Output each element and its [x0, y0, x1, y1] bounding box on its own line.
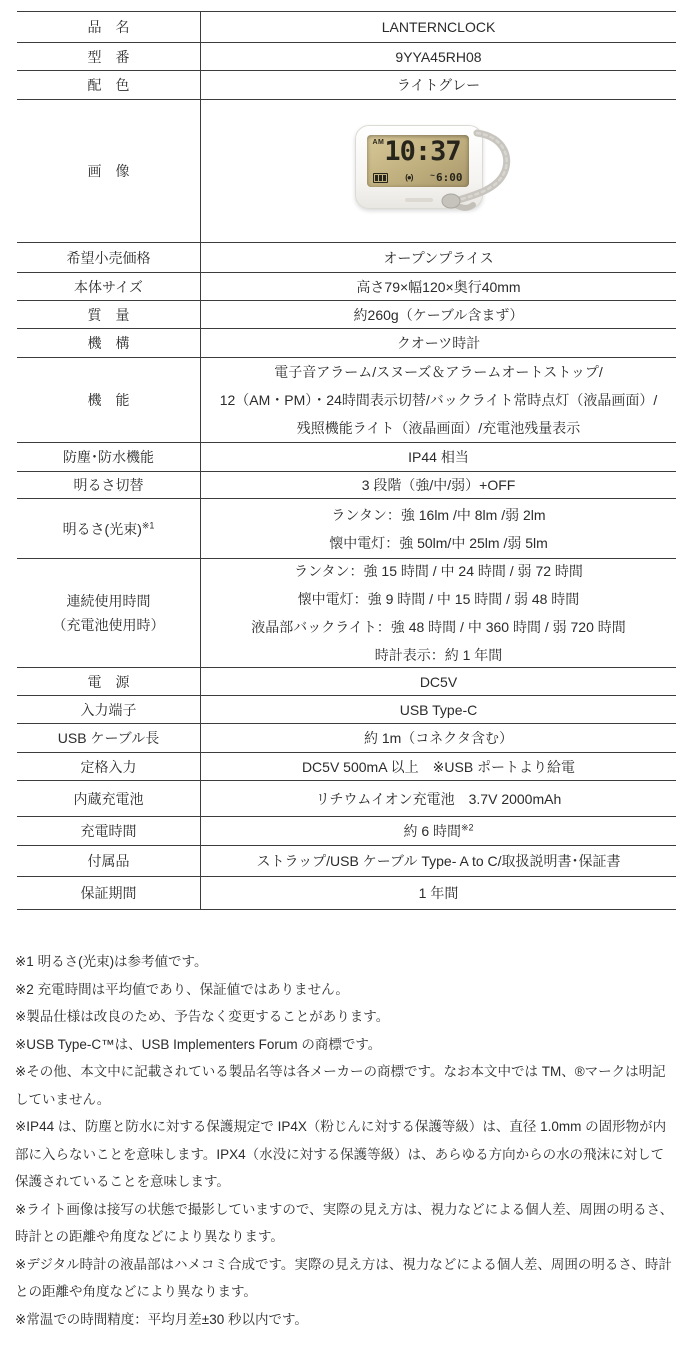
spec-table: 品 名LANTERNCLOCK型 番9YYA45RH08配 色ライトグレー画 像…: [17, 11, 676, 910]
spec-label-brightness-switch: 明るさ切替: [17, 472, 201, 498]
spec-label-dust-water-proof: 防塵･防水機能: [17, 443, 201, 471]
spec-label-body-size: 本体サイズ: [17, 273, 201, 300]
brand-logo: [405, 198, 433, 202]
battery-icon: [373, 173, 388, 183]
spec-label-warranty: 保証期間: [17, 877, 201, 909]
alarm-time: ~6:00: [430, 171, 462, 184]
spec-label-usb-cable-length: USB ケーブル長: [17, 724, 201, 752]
spec-label-mechanism: 機 構: [17, 329, 201, 357]
spec-value-weight: 約260g（ケーブル含まず）: [201, 301, 676, 328]
spec-row-warranty: 保証期間1 年間: [17, 877, 676, 910]
spec-value-color: ライトグレー: [201, 71, 676, 99]
spec-value-input-port: USB Type-C: [201, 696, 676, 723]
spec-row-dust-water-proof: 防塵･防水機能IP44 相当: [17, 443, 676, 472]
spec-row-weight: 質 量約260g（ケーブル含まず）: [17, 301, 676, 329]
footnote-2: ※2 充電時間は平均値であり、保証値ではありません。: [15, 976, 677, 1004]
spec-sheet: 品 名LANTERNCLOCK型 番9YYA45RH08配 色ライトグレー画 像…: [0, 0, 690, 1350]
spec-row-functions: 機 能電子音アラーム/スヌーズ＆アラームオートストップ/12（AM・PM）・24…: [17, 358, 676, 443]
spec-label-image: 画 像: [17, 100, 201, 242]
spec-row-model-number: 型 番9YYA45RH08: [17, 43, 676, 71]
spec-row-input-port: 入力端子USB Type-C: [17, 696, 676, 724]
footnotes: ※1 明るさ(光束)は参考値です。※2 充電時間は平均値であり、保証値ではありま…: [15, 948, 677, 1333]
spec-value-continuous-use-time: ランタン：強 15 時間 / 中 24 時間 / 弱 72 時間懐中電灯：強 9…: [201, 559, 676, 667]
spec-label-retail-price: 希望小売価格: [17, 243, 201, 272]
spec-row-usb-cable-length: USB ケーブル長約 1m（コネクタ含む）: [17, 724, 676, 753]
spec-row-continuous-use-time: 連続使用時間（充電池使用時）ランタン：強 15 時間 / 中 24 時間 / 弱…: [17, 559, 676, 668]
spec-row-product-name: 品 名LANTERNCLOCK: [17, 12, 676, 43]
spec-label-weight: 質 量: [17, 301, 201, 328]
spec-label-accessories: 付属品: [17, 846, 201, 876]
spec-label-brightness-lumen: 明るさ(光束)※1: [17, 499, 201, 558]
spec-label-input-port: 入力端子: [17, 696, 201, 723]
spec-label-model-number: 型 番: [17, 43, 201, 70]
alarm-icon: (●): [405, 173, 412, 182]
spec-label-built-in-battery: 内蔵充電池: [17, 781, 201, 816]
spec-value-rated-input: DC5V 500mA 以上 ※USB ポートより給電: [201, 753, 676, 780]
spec-value-brightness-switch: 3 段階（強/中/弱）+OFF: [201, 472, 676, 498]
spec-row-charge-time: 充電時間約 6 時間※2: [17, 817, 676, 846]
spec-label-continuous-use-time: 連続使用時間（充電池使用時）: [17, 559, 201, 667]
spec-row-accessories: 付属品ストラップ/USB ケーブル Type- A to C/取扱説明書･保証書: [17, 846, 676, 877]
lcd-status-row: (●) ~6:00: [373, 171, 463, 184]
spec-label-functions: 機 能: [17, 358, 201, 442]
footnote-7: ※ライト画像は接写の状態で撮影していますので、実際の見え方は、視力などによる個人…: [15, 1196, 677, 1251]
spec-label-product-name: 品 名: [17, 12, 201, 42]
spec-value-product-name: LANTERNCLOCK: [201, 12, 676, 42]
spec-value-functions: 電子音アラーム/スヌーズ＆アラームオートストップ/12（AM・PM）・24時間表…: [201, 358, 676, 442]
spec-value-usb-cable-length: 約 1m（コネクタ含む）: [201, 724, 676, 752]
spec-row-image: 画 像 AM 10:37 (●) ~6:00: [17, 100, 676, 243]
product-photo: AM 10:37 (●) ~6:00: [353, 117, 513, 225]
alarm-time-value: 6:00: [436, 171, 463, 184]
spec-row-brightness-switch: 明るさ切替3 段階（強/中/弱）+OFF: [17, 472, 676, 499]
footnote-5: ※その他、本文中に記載されている製品名等は各メーカーの商標です。なお本文中では …: [15, 1058, 677, 1113]
spec-row-power: 電 源DC5V: [17, 668, 676, 696]
spec-value-brightness-lumen: ランタン：強 16lm /中 8lm /弱 2lm懐中電灯：強 50lm/中 2…: [201, 499, 676, 558]
spec-label-color: 配 色: [17, 71, 201, 99]
footnote-9: ※常温での時間精度：平均月差±30 秒以内です。: [15, 1306, 677, 1334]
spec-value-body-size: 高さ79×幅120×奥行40mm: [201, 273, 676, 300]
spec-value-power: DC5V: [201, 668, 676, 695]
spec-value-dust-water-proof: IP44 相当: [201, 443, 676, 471]
spec-value-retail-price: オープンプライス: [201, 243, 676, 272]
footnote-3: ※製品仕様は改良のため、予告なく変更することがあります。: [15, 1003, 677, 1031]
footnote-6: ※IP44 は、防塵と防水に対する保護規定で IP4X（粉じんに対する保護等級）…: [15, 1113, 677, 1196]
spec-row-brightness-lumen: 明るさ(光束)※1ランタン：強 16lm /中 8lm /弱 2lm懐中電灯：強…: [17, 499, 676, 559]
spec-row-mechanism: 機 構クオーツ時計: [17, 329, 676, 358]
spec-value-image: AM 10:37 (●) ~6:00: [201, 100, 676, 242]
footnote-4: ※USB Type-C™は、USB Implementers Forum の商標…: [15, 1031, 677, 1059]
spec-row-color: 配 色ライトグレー: [17, 71, 676, 100]
spec-row-body-size: 本体サイズ高さ79×幅120×奥行40mm: [17, 273, 676, 301]
spec-value-model-number: 9YYA45RH08: [201, 43, 676, 70]
spec-row-rated-input: 定格入力DC5V 500mA 以上 ※USB ポートより給電: [17, 753, 676, 781]
footnote-8: ※デジタル時計の液晶部はハメコミ合成です。実際の見え方は、視力などによる個人差、…: [15, 1251, 677, 1306]
clock-body: AM 10:37 (●) ~6:00: [355, 125, 483, 209]
spec-value-accessories: ストラップ/USB ケーブル Type- A to C/取扱説明書･保証書: [201, 846, 676, 876]
clock-time: 10:37: [377, 136, 469, 167]
spec-row-built-in-battery: 内蔵充電池リチウムイオン充電池 3.7V 2000mAh: [17, 781, 676, 817]
spec-value-mechanism: クオーツ時計: [201, 329, 676, 357]
footnote-1: ※1 明るさ(光束)は参考値です。: [15, 948, 677, 976]
clock-lcd-display: AM 10:37 (●) ~6:00: [367, 135, 469, 187]
spec-value-warranty: 1 年間: [201, 877, 676, 909]
signal-tilde-icon: ~: [430, 171, 435, 180]
spec-label-charge-time: 充電時間: [17, 817, 201, 845]
spec-value-charge-time: 約 6 時間※2: [201, 817, 676, 845]
spec-value-built-in-battery: リチウムイオン充電池 3.7V 2000mAh: [201, 781, 676, 816]
spec-row-retail-price: 希望小売価格オープンプライス: [17, 243, 676, 273]
spec-label-power: 電 源: [17, 668, 201, 695]
spec-label-rated-input: 定格入力: [17, 753, 201, 780]
